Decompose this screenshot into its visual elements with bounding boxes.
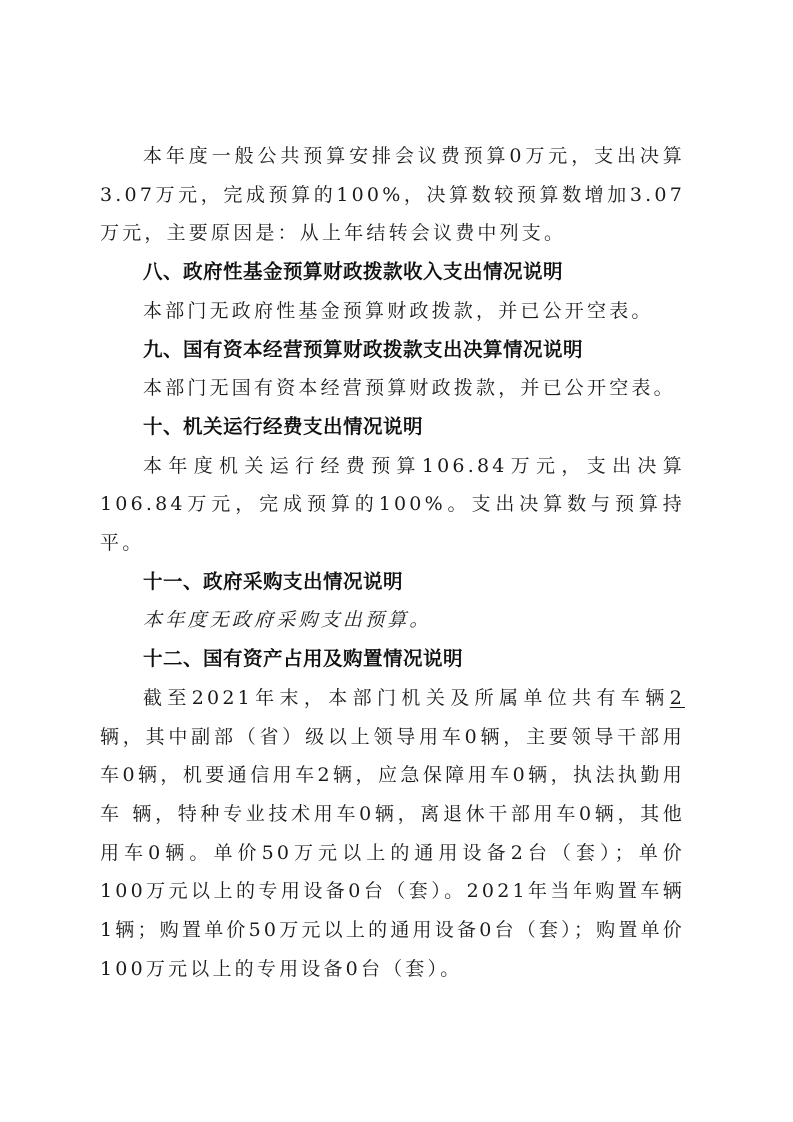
document-page: 本年度一般公共预算安排会议费预算0万元，支出决算3.07万元，完成预算的100%… (100, 137, 685, 988)
paragraph-state-capital: 本部门无国有资本经营预算财政拨款，并已公开空表。 (100, 369, 685, 408)
paragraph-state-assets: 截至2021年末，本部门机关及所属单位共有车辆2辆，其中副部（省）级以上领导用车… (100, 679, 685, 989)
paragraph-procurement: 本年度无政府采购支出预算。 (100, 601, 685, 640)
heading-procurement: 十一、政府采购支出情况说明 (100, 563, 685, 602)
paragraph-government-fund: 本部门无政府性基金预算财政拨款，并已公开空表。 (100, 292, 685, 331)
assets-text-part2: 辆，其中副部（省）级以上领导用车0辆，主要领导干部用车0辆，机要通信用车2辆，应… (100, 726, 685, 980)
assets-text-part1: 截至2021年末，本部门机关及所属单位共有车辆 (143, 687, 670, 709)
paragraph-operating-expense: 本年度机关运行经费预算106.84万元，支出决算106.84万元，完成预算的10… (100, 447, 685, 563)
paragraph-meeting-fee: 本年度一般公共预算安排会议费预算0万元，支出决算3.07万元，完成预算的100%… (100, 137, 685, 253)
vehicle-total-value: 2 (670, 687, 685, 709)
heading-state-assets: 十二、国有资产占用及购置情况说明 (100, 640, 685, 679)
heading-state-capital: 九、国有资本经营预算财政拨款支出决算情况说明 (100, 331, 685, 370)
heading-government-fund: 八、政府性基金预算财政拨款收入支出情况说明 (100, 253, 685, 292)
heading-operating-expense: 十、机关运行经费支出情况说明 (100, 408, 685, 447)
